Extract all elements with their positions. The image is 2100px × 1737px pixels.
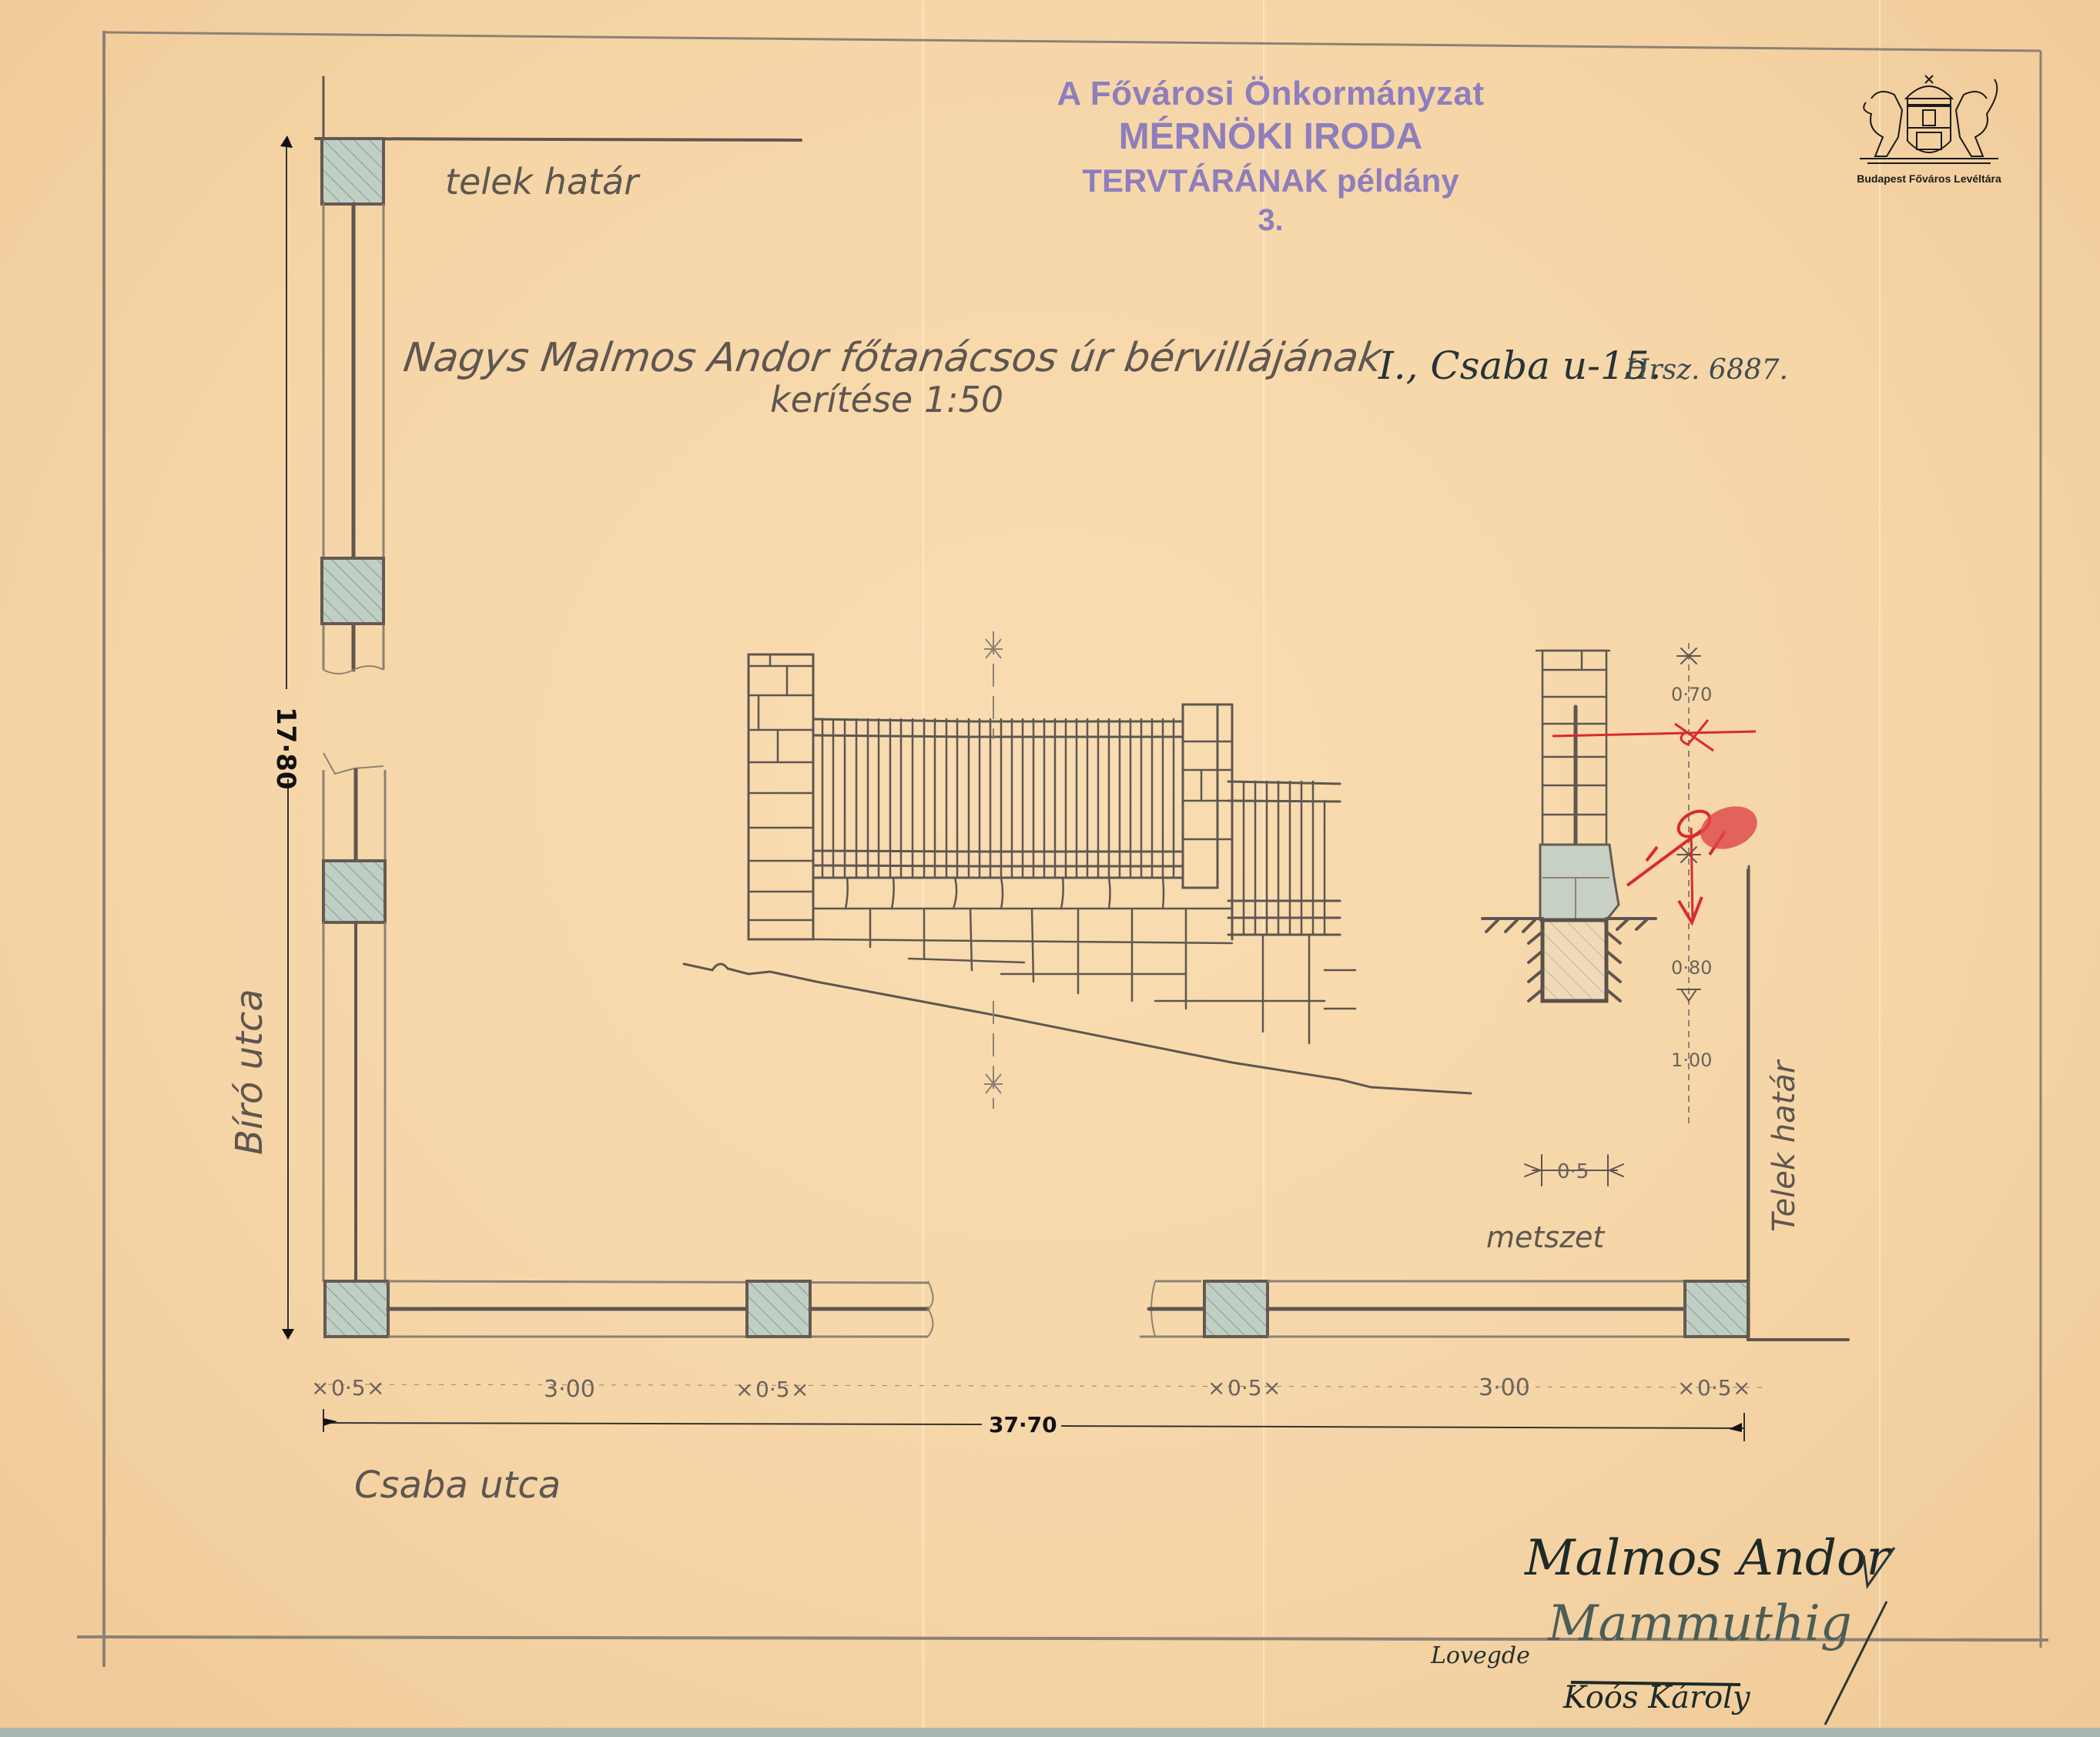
fence-elevation: [684, 631, 1471, 1109]
svg-text:Malmos Andor: Malmos Andor: [1524, 1530, 1893, 1587]
svg-text:Telek határ: Telek határ: [1767, 1059, 1802, 1232]
svg-text:telek határ: telek határ: [445, 161, 641, 202]
pillar: [322, 558, 383, 624]
pillar: [325, 1281, 388, 1337]
svg-text:I., Csaba u-15.: I., Csaba u-15.: [1378, 343, 1661, 388]
svg-text:0·80: 0·80: [1671, 957, 1712, 979]
svg-text:Koós Károly: Koós Károly: [1562, 1680, 1751, 1715]
handwritten-labels: telek határ Nagys Malmos Andor főtanácso…: [228, 161, 1802, 1507]
svg-text:3·00: 3·00: [544, 1376, 595, 1403]
svg-text:×: ×: [1207, 1375, 1225, 1401]
stamp-line-3: TERVTÁRÁNAK példány: [1047, 165, 1494, 197]
svg-text:×: ×: [735, 1377, 753, 1402]
svg-text:0·5: 0·5: [331, 1375, 366, 1401]
engineering-office-stamp: A Fővárosi Önkormányzat MÉRNÖKI IRODA TE…: [1047, 77, 1494, 236]
svg-text:×: ×: [1263, 1375, 1281, 1401]
svg-text:0·5: 0·5: [1557, 1160, 1589, 1183]
svg-text:Csaba utca: Csaba utca: [354, 1464, 561, 1507]
svg-text:Hrsz. 6887.: Hrsz. 6887.: [1624, 354, 1788, 386]
stamp-line-4: 3.: [1047, 205, 1494, 236]
dimension-bays: × 0·5 × 3·00 × 0·5 × × 0·5 × 3·00 × 0·5 …: [311, 1374, 1763, 1403]
svg-text:0·70: 0·70: [1671, 684, 1712, 705]
signatures: Malmos Andor Mammuthig Lovegde Koós Káro…: [1430, 1530, 1894, 1725]
pillar: [322, 139, 383, 204]
svg-text:Bíró utca: Bíró utca: [228, 989, 271, 1155]
svg-text:3·00: 3·00: [1479, 1374, 1530, 1401]
svg-text:Nagys Malmos Andor főtanácsos: Nagys Malmos Andor főtanácsos úr bérvill…: [400, 335, 1385, 381]
archive-logo-caption: Budapest Főváros Levéltára: [1840, 172, 2018, 185]
budapest-coat-of-arms-icon: [1852, 68, 2006, 168]
plan-left-wall: [316, 77, 801, 1282]
pillar: [323, 861, 385, 922]
svg-text:0·5: 0·5: [1697, 1375, 1732, 1401]
svg-text:×: ×: [1733, 1375, 1750, 1401]
svg-text:0·5: 0·5: [755, 1377, 790, 1402]
page-frame: [77, 31, 2048, 1667]
plan-bottom-right-wall: [1140, 870, 1848, 1340]
technical-drawing: 17·80 37·70 × 0·5 × 3·00 × 0·5 × × 0·5 ×…: [0, 0, 2100, 1737]
svg-text:Mammuthig: Mammuthig: [1547, 1595, 1852, 1652]
svg-text:0·5: 0·5: [1228, 1375, 1262, 1401]
svg-text:37·70: 37·70: [989, 1412, 1057, 1437]
dimension-horizontal-total: 37·70: [323, 1409, 1744, 1441]
svg-text:17·80: 17·80: [270, 707, 301, 790]
stamp-line-1: A Fővárosi Önkormányzat: [1047, 77, 1494, 111]
pillar: [747, 1281, 810, 1337]
pillar: [1204, 1281, 1268, 1337]
dimension-vertical-total: 17·80: [270, 136, 301, 1340]
stamp-line-2: MÉRNÖKI IRODA: [1047, 119, 1494, 156]
pillar: [1685, 1281, 1748, 1337]
svg-text:Lovegde: Lovegde: [1430, 1642, 1530, 1669]
plan-bottom-left-wall: [325, 1281, 933, 1337]
svg-text:kerítése 1:50: kerítése 1:50: [770, 379, 1003, 420]
svg-text:×: ×: [791, 1377, 809, 1402]
svg-text:1·00: 1·00: [1671, 1049, 1712, 1071]
svg-text:metszet: metszet: [1486, 1220, 1606, 1254]
svg-text:×: ×: [367, 1375, 384, 1401]
svg-text:×: ×: [1677, 1375, 1695, 1401]
svg-text:×: ×: [311, 1375, 329, 1401]
archive-logo: Budapest Főváros Levéltára: [1840, 68, 2018, 185]
